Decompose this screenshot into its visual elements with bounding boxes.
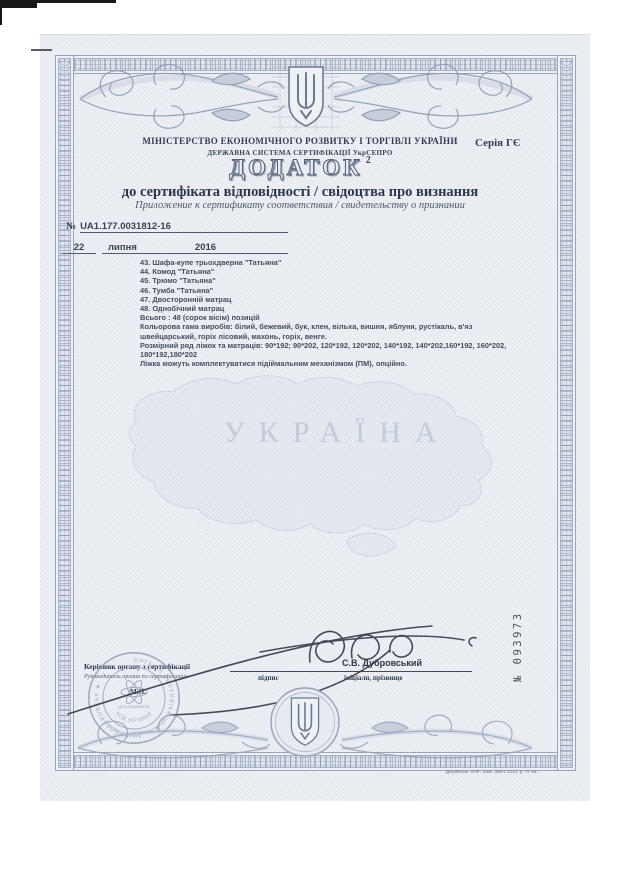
document-title-superscript: 2 — [366, 155, 371, 166]
trident-shield-bottom-icon — [291, 698, 318, 745]
subtitle-russian: Приложение к сертификату соответствия / … — [75, 200, 525, 211]
total-line: Всього : 48 (сорок вісім) позицій — [140, 313, 518, 322]
scan-artifact — [31, 49, 52, 51]
certificate-number-row: №UA1.177.0031812-16 — [66, 221, 288, 233]
series-label: Серія ГЄ — [475, 137, 520, 149]
border-band-right — [557, 55, 576, 771]
date-month: липня — [108, 242, 137, 253]
size-range-line: Розмірний ряд ліжок та матраців: 90*192;… — [140, 341, 518, 359]
list-item: 45. Трюмо "Татьяна" — [140, 276, 518, 285]
date-year: 2016 — [195, 242, 216, 253]
number-sign: № — [66, 221, 76, 232]
scanned-certificate-page: МІНІСТЕРСТВО ЕКОНОМІЧНОГО РОЗВИТКУ І ТОР… — [0, 0, 620, 877]
subtitle-ukrainian: до сертифіката відповідності / свідоцтва… — [75, 184, 525, 201]
bottom-ornament — [72, 682, 557, 770]
country-watermark-text: УКРАЇНА — [223, 416, 450, 449]
list-item: 43. Шафа-купе трьохдверна "Татьяна" — [140, 258, 518, 267]
scan-artifact — [0, 0, 37, 8]
document-title: ДОДАТОК — [229, 155, 363, 180]
list-item: 44. Комод "Татьяна" — [140, 267, 518, 276]
scan-artifact — [0, 0, 2, 25]
ministry-title: МІНІСТЕРСТВО ЕКОНОМІЧНОГО РОЗВИТКУ І ТОР… — [75, 136, 525, 146]
list-item: 47. Двосторонній матрац — [140, 295, 518, 304]
trident-shield-icon — [289, 67, 323, 126]
form-serial-number: № 093973 — [512, 611, 524, 682]
color-range-line: Кольорова гама виробів: білий, бежевий, … — [140, 322, 518, 340]
list-item: 48. Однобічний матрац — [140, 304, 518, 313]
printer-imprint: Держзнак. ЮФ. Зам. 3561 2012 р. IV кв. — [446, 769, 611, 774]
list-item: 46. Тумба "Татьяна" — [140, 286, 518, 295]
product-list: 43. Шафа-купе трьохдверна "Татьяна" 44. … — [140, 258, 518, 368]
top-ornament — [72, 57, 557, 137]
date-day: 22 — [62, 242, 96, 254]
bottom-emblem — [271, 688, 339, 756]
ukraine-map-watermark: УКРАЇНА — [58, 358, 558, 583]
document-title-row: ДОДАТОК2 — [75, 155, 525, 181]
date-month-year: липня2016 — [102, 242, 288, 254]
certificate-number: UA1.177.0031812-16 — [80, 221, 288, 233]
crimea-outline — [347, 533, 396, 556]
